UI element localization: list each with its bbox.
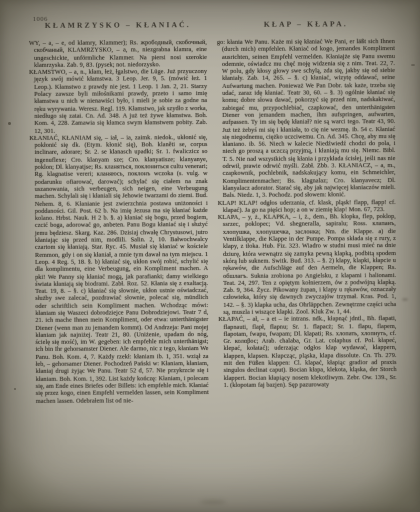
running-head-left-block: 1006 KŁAMRZYSKO – KŁANIAĆ. [29, 14, 207, 33]
scanned-page: 1006 KŁAMRZYSKO – KŁANIAĆ. KŁAP – KŁAPA.… [0, 0, 420, 512]
page-number: 1006 [33, 16, 48, 23]
dictionary-entry: KLAP! KLAP! odgłos uderzania, cf. klask,… [218, 199, 396, 215]
text-columns: WY, – a, – e, od klamry, Klammer); Rs. ж… [29, 38, 397, 486]
running-head-right-block: KŁAP – KŁAPA. [217, 13, 395, 32]
column-right: go: kłania We Panu. Każe mi się kłaniać … [217, 38, 397, 485]
paper-stain [402, 298, 408, 301]
dictionary-entry: WY, – a, – e, od klamry, Klammer); Rs. ж… [29, 39, 207, 69]
running-head-left: KŁAMRZYSKO – KŁANIAĆ. [45, 20, 191, 30]
page-content: 1006 KŁAMRZYSKO – KŁANIAĆ. KŁAP – KŁAPA.… [29, 13, 397, 486]
dictionary-entry: KŁANIAĆ, KŁANIAM się, – iał, – ia, zaimk… [29, 134, 208, 405]
dictionary-entry: go: kłania We Panu. Każe mi się kłaniać … [217, 38, 396, 199]
paper-stain [200, 500, 226, 504]
paper-stain [8, 122, 11, 125]
dictionary-entry: KŁAPAĆ, – ał, – a et – ie intrans. ndk.,… [218, 315, 396, 389]
dictionary-entry: KLAPA, – y, ż., KLAPKA, – i, ż., dem., B… [218, 213, 397, 316]
dictionary-entry: KŁAMSTWO, – a, n., kłam, łeż, łgalstwo, … [29, 68, 207, 135]
running-head-right: KŁAP – KŁAPA. [264, 19, 348, 28]
paper-stain [14, 388, 16, 390]
paper-stain [411, 64, 415, 66]
column-left: WY, – a, – e, od klamry, Klammer); Rs. ж… [29, 39, 209, 486]
page-header: 1006 KŁAMRZYSKO – KŁANIAĆ. KŁAP – KŁAPA. [29, 13, 395, 33]
